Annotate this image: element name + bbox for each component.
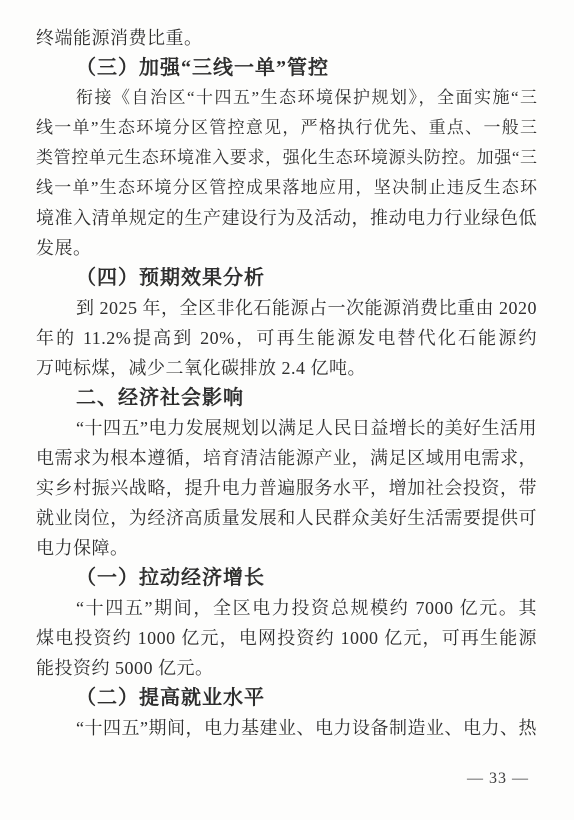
section-heading: （一）拉动经济增长 — [36, 563, 537, 593]
body-line: 类管控单元生态环境准入要求，强化生态环境源头防控。加强“三 — [36, 143, 537, 173]
body-line: 境准入清单规定的生产建设行为及活动，推动电力行业绿色低碳 — [36, 203, 537, 233]
body-line: 实乡村振兴战略，提升电力普遍服务水平，增加社会投资，带动 — [36, 473, 537, 503]
body-line: 年的 11.2%提高到 20%，可再生能源发电替代化石能源约 9000 — [36, 323, 537, 353]
body-line: 衔接《自治区“十四五”生态环境保护规划》，全面实施“三 — [36, 83, 537, 113]
chapter-heading: 二、经济社会影响 — [36, 383, 537, 413]
document-page: 终端能源消费比重。 （三）加强“三线一单”管控 衔接《自治区“十四五”生态环境保… — [0, 0, 574, 820]
body-line: 电力保障。 — [36, 533, 537, 563]
body-line: 线一单”生态环境分区管控成果落地应用，坚决制止违反生态环 — [36, 173, 537, 203]
body-line: 万吨标煤，减少二氧化碳排放 2.4 亿吨。 — [36, 353, 537, 383]
section-heading: （三）加强“三线一单”管控 — [36, 53, 537, 83]
page-number: — 33 — — [467, 769, 529, 789]
section-heading: （二）提高就业水平 — [36, 683, 537, 713]
body-line: 煤电投资约 1000 亿元，电网投资约 1000 亿元，可再生能源及储 — [36, 623, 537, 653]
body-line: 到 2025 年，全区非化石能源占一次能源消费比重由 2020 — [36, 293, 537, 323]
body-line: “十四五”期间，全区电力投资总规模约 7000 亿元。其中， — [36, 593, 537, 623]
body-line: 电需求为根本遵循，培育清洁能源产业，满足区域用电需求，落 — [36, 443, 537, 473]
body-line: “十四五”期间，电力基建业、电力设备制造业、电力、热 — [36, 713, 537, 743]
body-line: 就业岗位，为经济高质量发展和人民群众美好生活需要提供可靠 — [36, 503, 537, 533]
body-line: 能投资约 5000 亿元。 — [36, 653, 537, 683]
body-line: 线一单”生态环境分区管控意见，严格执行优先、重点、一般三 — [36, 113, 537, 143]
body-line: 终端能源消费比重。 — [36, 23, 537, 53]
body-line: “十四五”电力发展规划以满足人民日益增长的美好生活用 — [36, 413, 537, 443]
section-heading: （四）预期效果分析 — [36, 263, 537, 293]
body-line: 发展。 — [36, 233, 537, 263]
